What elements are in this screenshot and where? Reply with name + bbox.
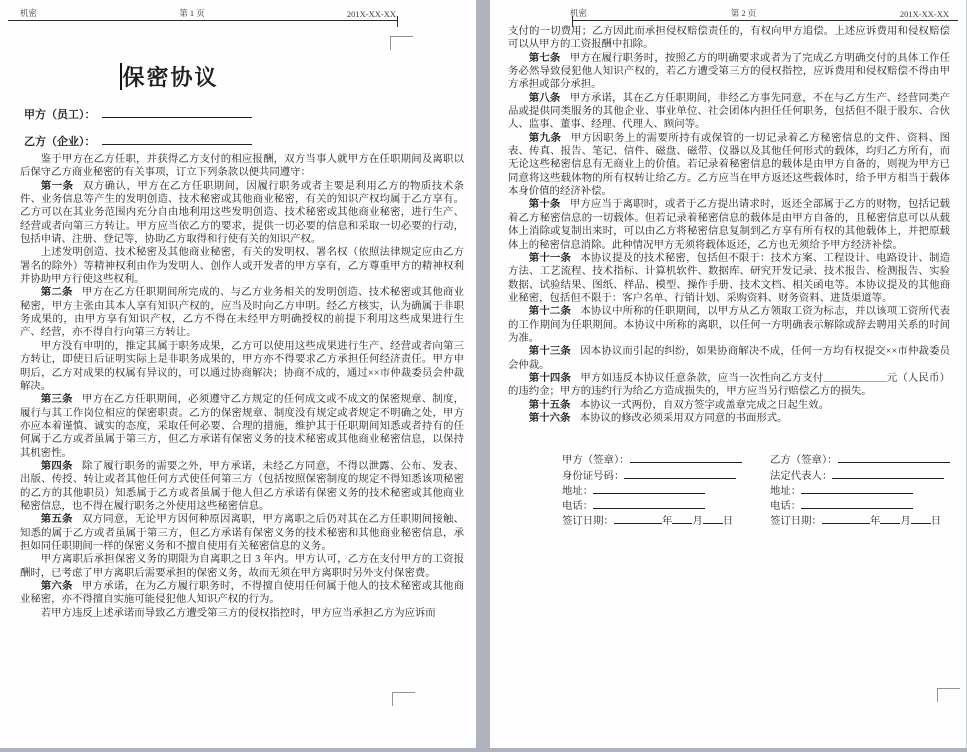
paragraph: 上述发明创造、技术秘密及其他商业秘密，有关的发明权、署名权（依照法律规定应由乙方… [20, 246, 464, 286]
paragraph: 第二条甲方在乙方任职期间所完成的、与乙方业务相关的发明创造、技术秘密或其他商业秘… [20, 286, 464, 339]
paragraph: 支付的一切费用；乙方因此而承担侵权赔偿责任的，有权向甲方追偿。上述应诉费用和侵权… [508, 25, 950, 52]
signature-line: 地址： [562, 482, 758, 497]
page1-header: 机密 第 1 页 201X-XX-XX [20, 0, 396, 19]
date-blank-field[interactable] [880, 514, 900, 524]
paragraph: 第一条双方确认，甲方在乙方任职期间，因履行职务或者主要是利用乙方的物质技术条件、… [20, 180, 464, 247]
signature-label: 甲方（签章）： [562, 455, 630, 466]
signature-block: 甲方（签章）：身份证号码：地址：电话：签订日期：年月日乙方（签章）：法定代表人：… [562, 451, 966, 527]
signature-column: 乙方（签章）：法定代表人：地址：电话：签订日期：年月日 [770, 451, 966, 527]
clause-heading: 第三条 [41, 394, 73, 405]
header-page-number: 第 1 页 [179, 7, 205, 19]
header-rule-tick [572, 16, 573, 27]
clause-heading: 第五条 [41, 514, 73, 525]
paragraph: 第三条甲方在乙方任职期间，必须遵守乙方规定的任何成文或不成文的保密规章、制度，履… [20, 393, 464, 460]
clause-heading: 第十三条 [529, 346, 571, 357]
header-date-stamp: 201X-XX-XX [900, 9, 949, 19]
signature-line: 电话： [562, 497, 758, 512]
signature-label: 电话： [562, 501, 593, 512]
crop-mark-bottom-right [937, 688, 960, 702]
date-blank-field[interactable] [911, 514, 931, 524]
title-block: 保密协议 [120, 61, 476, 95]
header-rule [572, 20, 958, 21]
signature-line: 电话： [770, 497, 966, 512]
clause-heading: 第九条 [529, 133, 562, 144]
date-blank-field[interactable] [614, 514, 662, 524]
party-b-label: 乙方（企业）： [24, 136, 96, 148]
signature-blank-field[interactable] [838, 453, 950, 463]
paragraph: 第十条甲方应当于离职时，或者于乙方提出请求时，返还全部属于乙方的财物，包括记载着… [508, 198, 950, 251]
signature-blank-field[interactable] [624, 469, 736, 479]
clause-heading: 第十二条 [529, 306, 571, 317]
signature-label: 身份证号码： [562, 471, 624, 482]
paragraph: 第十二条本协议中所称的任职期间，以甲方从乙方领取工资为标志，并以该项工资所代表的… [508, 305, 950, 345]
paragraph: 甲方没有申明的，推定其属于职务成果，乙方可以使用这些成果进行生产、经营或者向第三… [20, 340, 464, 393]
document-page-1: 机密 第 1 页 201X-XX-XX 保密协议 甲方（员工）： 乙方（企业）：… [0, 0, 476, 748]
crop-mark-top-right [390, 36, 413, 50]
signature-line: 签订日期：年月日 [562, 512, 758, 527]
crop-mark-bottom-right [392, 692, 415, 706]
clause-heading: 第十条 [529, 199, 561, 210]
clause-heading: 第十一条 [529, 253, 571, 264]
signature-line: 地址： [770, 482, 966, 497]
page2-header: 机密 第 2 页 201X-XX-XX [570, 0, 949, 19]
paragraph: 第十四条甲方如违反本协议任意条款，应当一次性向乙方支付＿＿＿＿＿＿元（人民币）的… [508, 372, 950, 399]
date-unit-label: 月 [900, 516, 910, 527]
signature-line: 乙方（签章）： [770, 451, 966, 466]
signature-line: 身份证号码： [562, 467, 758, 482]
paragraph: 若甲方违反上述承诺而导致乙方遭受第三方的侵权指控时，甲方应当承担乙方为应诉而 [20, 607, 464, 620]
clause-heading: 第一条 [41, 181, 74, 192]
page1-body: 鉴于甲方在乙方任职，并获得乙方支付的相应报酬，双方当事人就甲方在任职期间及离职以… [20, 153, 464, 620]
paragraph: 第五条双方同意，无论甲方因何种原因离职，甲方离职之后仍对其在乙方任职期间接触、知… [20, 513, 464, 553]
clause-heading: 第四条 [41, 461, 73, 472]
signature-blank-field[interactable] [630, 453, 742, 463]
date-blank-field[interactable] [822, 514, 870, 524]
clause-heading: 第七条 [529, 53, 561, 64]
paragraph: 鉴于甲方在乙方任职，并获得乙方支付的相应报酬，双方当事人就甲方在任职期间及离职以… [20, 153, 464, 180]
party-b-blank-field[interactable] [102, 134, 252, 145]
document-page-2: 机密 第 2 页 201X-XX-XX 支付的一切费用；乙方因此而承担侵权赔偿责… [490, 0, 967, 748]
date-blank-field[interactable] [703, 514, 723, 524]
paragraph: 第十六条本协议的修改必须采用双方同意的书面形式。 [508, 412, 950, 425]
signature-label: 地址： [770, 486, 801, 497]
header-page-number: 第 2 页 [731, 7, 757, 19]
signature-label: 签订日期： [770, 516, 822, 527]
signature-label: 电话： [770, 501, 801, 512]
text-cursor [120, 63, 122, 90]
party-b-line: 乙方（企业）： [24, 133, 476, 149]
header-rule [8, 20, 398, 21]
paragraph: 第八条甲方承诺，其在乙方任职期间，非经乙方事先同意，不在与乙方生产、经营同类产品… [508, 92, 950, 132]
clause-heading: 第十五条 [529, 400, 571, 411]
date-unit-label: 月 [692, 516, 702, 527]
document-title: 保密协议 [123, 65, 219, 90]
party-a-blank-field[interactable] [102, 107, 252, 118]
signature-line: 甲方（签章）： [562, 451, 758, 466]
date-blank-field[interactable] [672, 514, 692, 524]
paragraph: 第九条甲方因职务上的需要所持有或保管的一切记录着乙方秘密信息的文件、资料、图表、… [508, 132, 950, 199]
signature-blank-field[interactable] [801, 484, 913, 494]
clause-heading: 第八条 [529, 93, 561, 104]
signature-label: 地址： [562, 486, 593, 497]
signature-blank-field[interactable] [593, 499, 705, 509]
party-a-label: 甲方（员工）： [24, 109, 96, 121]
party-a-line: 甲方（员工）： [24, 106, 476, 122]
clause-heading: 第十四条 [529, 373, 571, 384]
date-unit-label: 年 [870, 516, 880, 527]
header-classification: 机密 [20, 7, 37, 19]
paragraph: 甲方离职后承担保密义务的期限为自离职之日 3 年内。甲方认可，乙方在支付甲方的工… [20, 553, 464, 580]
paragraph: 第十三条因本协议而引起的纠纷，如果协商解决不成，任何一方均有权提交××市仲裁委员… [508, 345, 950, 372]
paragraph: 第四条除了履行职务的需要之外，甲方承诺，未经乙方同意，不得以泄露、公布、发表、出… [20, 460, 464, 513]
signature-line: 法定代表人： [770, 467, 966, 482]
signature-blank-field[interactable] [593, 484, 705, 494]
date-unit-label: 日 [723, 516, 733, 527]
clause-heading: 第十六条 [529, 413, 571, 424]
clause-heading: 第六条 [41, 581, 73, 592]
date-unit-label: 日 [931, 516, 941, 527]
paragraph: 第七条甲方在履行职务时，按照乙方的明确要求或者为了完成乙方明确交付的具体工作任务… [508, 52, 950, 92]
page2-body: 支付的一切费用；乙方因此而承担侵权赔偿责任的，有权向甲方追偿。上述应诉费用和侵权… [508, 25, 950, 425]
paragraph: 第六条甲方承诺，在为乙方履行职务时，不得擅自使用任何属于他人的技术秘密或其他商业… [20, 580, 464, 607]
signature-blank-field[interactable] [801, 499, 913, 509]
header-rule-tick [397, 16, 398, 27]
signature-column: 甲方（签章）：身份证号码：地址：电话：签订日期：年月日 [562, 451, 758, 527]
header-date-stamp: 201X-XX-XX [347, 9, 396, 19]
paragraph: 第十一条本协议提及的技术秘密，包括但不限于：技术方案、工程设计、电路设计、制造方… [508, 252, 950, 305]
signature-label: 法定代表人： [770, 471, 832, 482]
signature-line: 签订日期：年月日 [770, 512, 966, 527]
signature-label: 乙方（签章）： [770, 455, 838, 466]
signature-blank-field[interactable] [832, 469, 944, 479]
paragraph: 第十五条本协议一式两份，自双方签字或盖章完成之日起生效。 [508, 399, 950, 412]
clause-heading: 第二条 [41, 287, 73, 298]
date-unit-label: 年 [662, 516, 672, 527]
signature-label: 签订日期： [562, 516, 614, 527]
